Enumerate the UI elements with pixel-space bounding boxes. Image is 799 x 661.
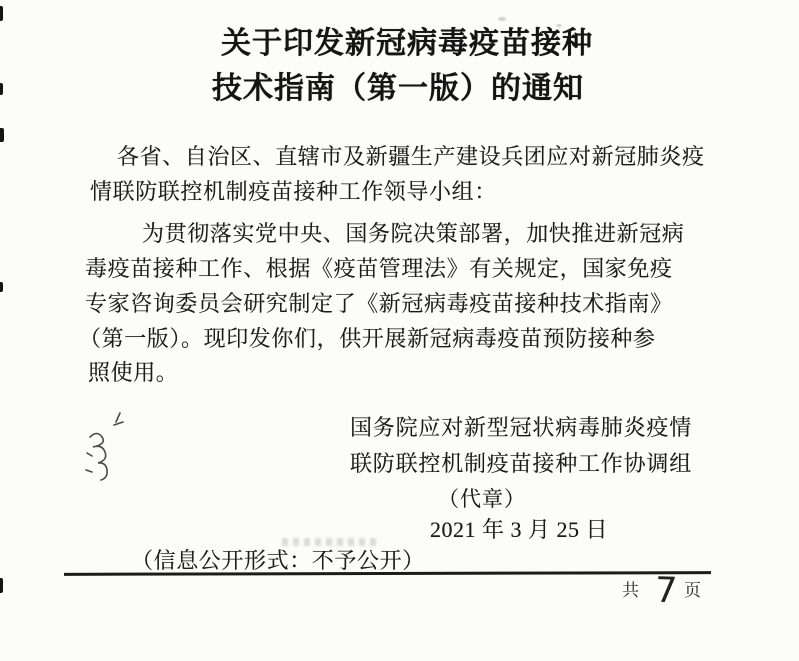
seal-note: （代章） bbox=[438, 487, 526, 512]
scan-smudge-artifact bbox=[498, 17, 506, 21]
disclosure-note: （信息公开形式：不予公开） bbox=[131, 548, 425, 574]
signature-org-line-2: 联防联控机制疫苗接种工作协调组 bbox=[350, 451, 692, 477]
scan-edge-artifact bbox=[0, 83, 3, 95]
footer-divider-line bbox=[64, 571, 711, 576]
salutation-line-1: 各省、自治区、直辖市及新疆生产建设兵团应对新冠肺炎疫 bbox=[117, 144, 705, 170]
signature-org-line-1: 国务院应对新型冠状病毒肺炎疫情 bbox=[350, 415, 692, 441]
bleed-through-artifact bbox=[282, 538, 377, 546]
page-count-suffix: 页 bbox=[684, 581, 702, 601]
scan-edge-artifact bbox=[0, 6, 3, 21]
document-date: 2021 年 3 月 25 日 bbox=[430, 517, 608, 543]
body-line-4: （第一版）。现印发你们，供开展新冠病毒疫苗预防接种参 bbox=[79, 326, 656, 352]
body-line-2: 毒疫苗接种工作、根据《疫苗管理法》有关规定，国家免疫 bbox=[85, 256, 673, 282]
page-count-prefix: 共 bbox=[622, 581, 640, 601]
scanned-notice-document: 关于印发新冠病毒疫苗接种 技术指南（第一版）的通知 各省、自治区、直辖市及新疆生… bbox=[0, 0, 799, 661]
scan-edge-artifact bbox=[0, 578, 3, 593]
body-line-3: 专家咨询委员会研究制定了《新冠病毒疫苗接种技术指南》 bbox=[85, 291, 673, 317]
scan-smudge-artifact bbox=[556, 24, 562, 27]
scan-edge-artifact bbox=[0, 128, 4, 142]
scan-edge-artifact bbox=[0, 282, 3, 292]
body-line-1: 为贯彻落实党中央、国务院决策部署，加快推进新冠病 bbox=[142, 221, 684, 247]
handwriting-margin-artifact bbox=[80, 405, 140, 500]
scan-smudge-artifact bbox=[584, 307, 589, 310]
salutation-line-2: 情联防联控机制疫苗接种工作领导小组： bbox=[90, 179, 497, 205]
document-title-line-2: 技术指南（第一版）的通知 bbox=[212, 71, 584, 107]
body-line-5: 照使用。 bbox=[88, 360, 178, 386]
page-count-number: 7 bbox=[654, 570, 678, 613]
document-title-line-1: 关于印发新冠病毒疫苗接种 bbox=[221, 26, 593, 62]
